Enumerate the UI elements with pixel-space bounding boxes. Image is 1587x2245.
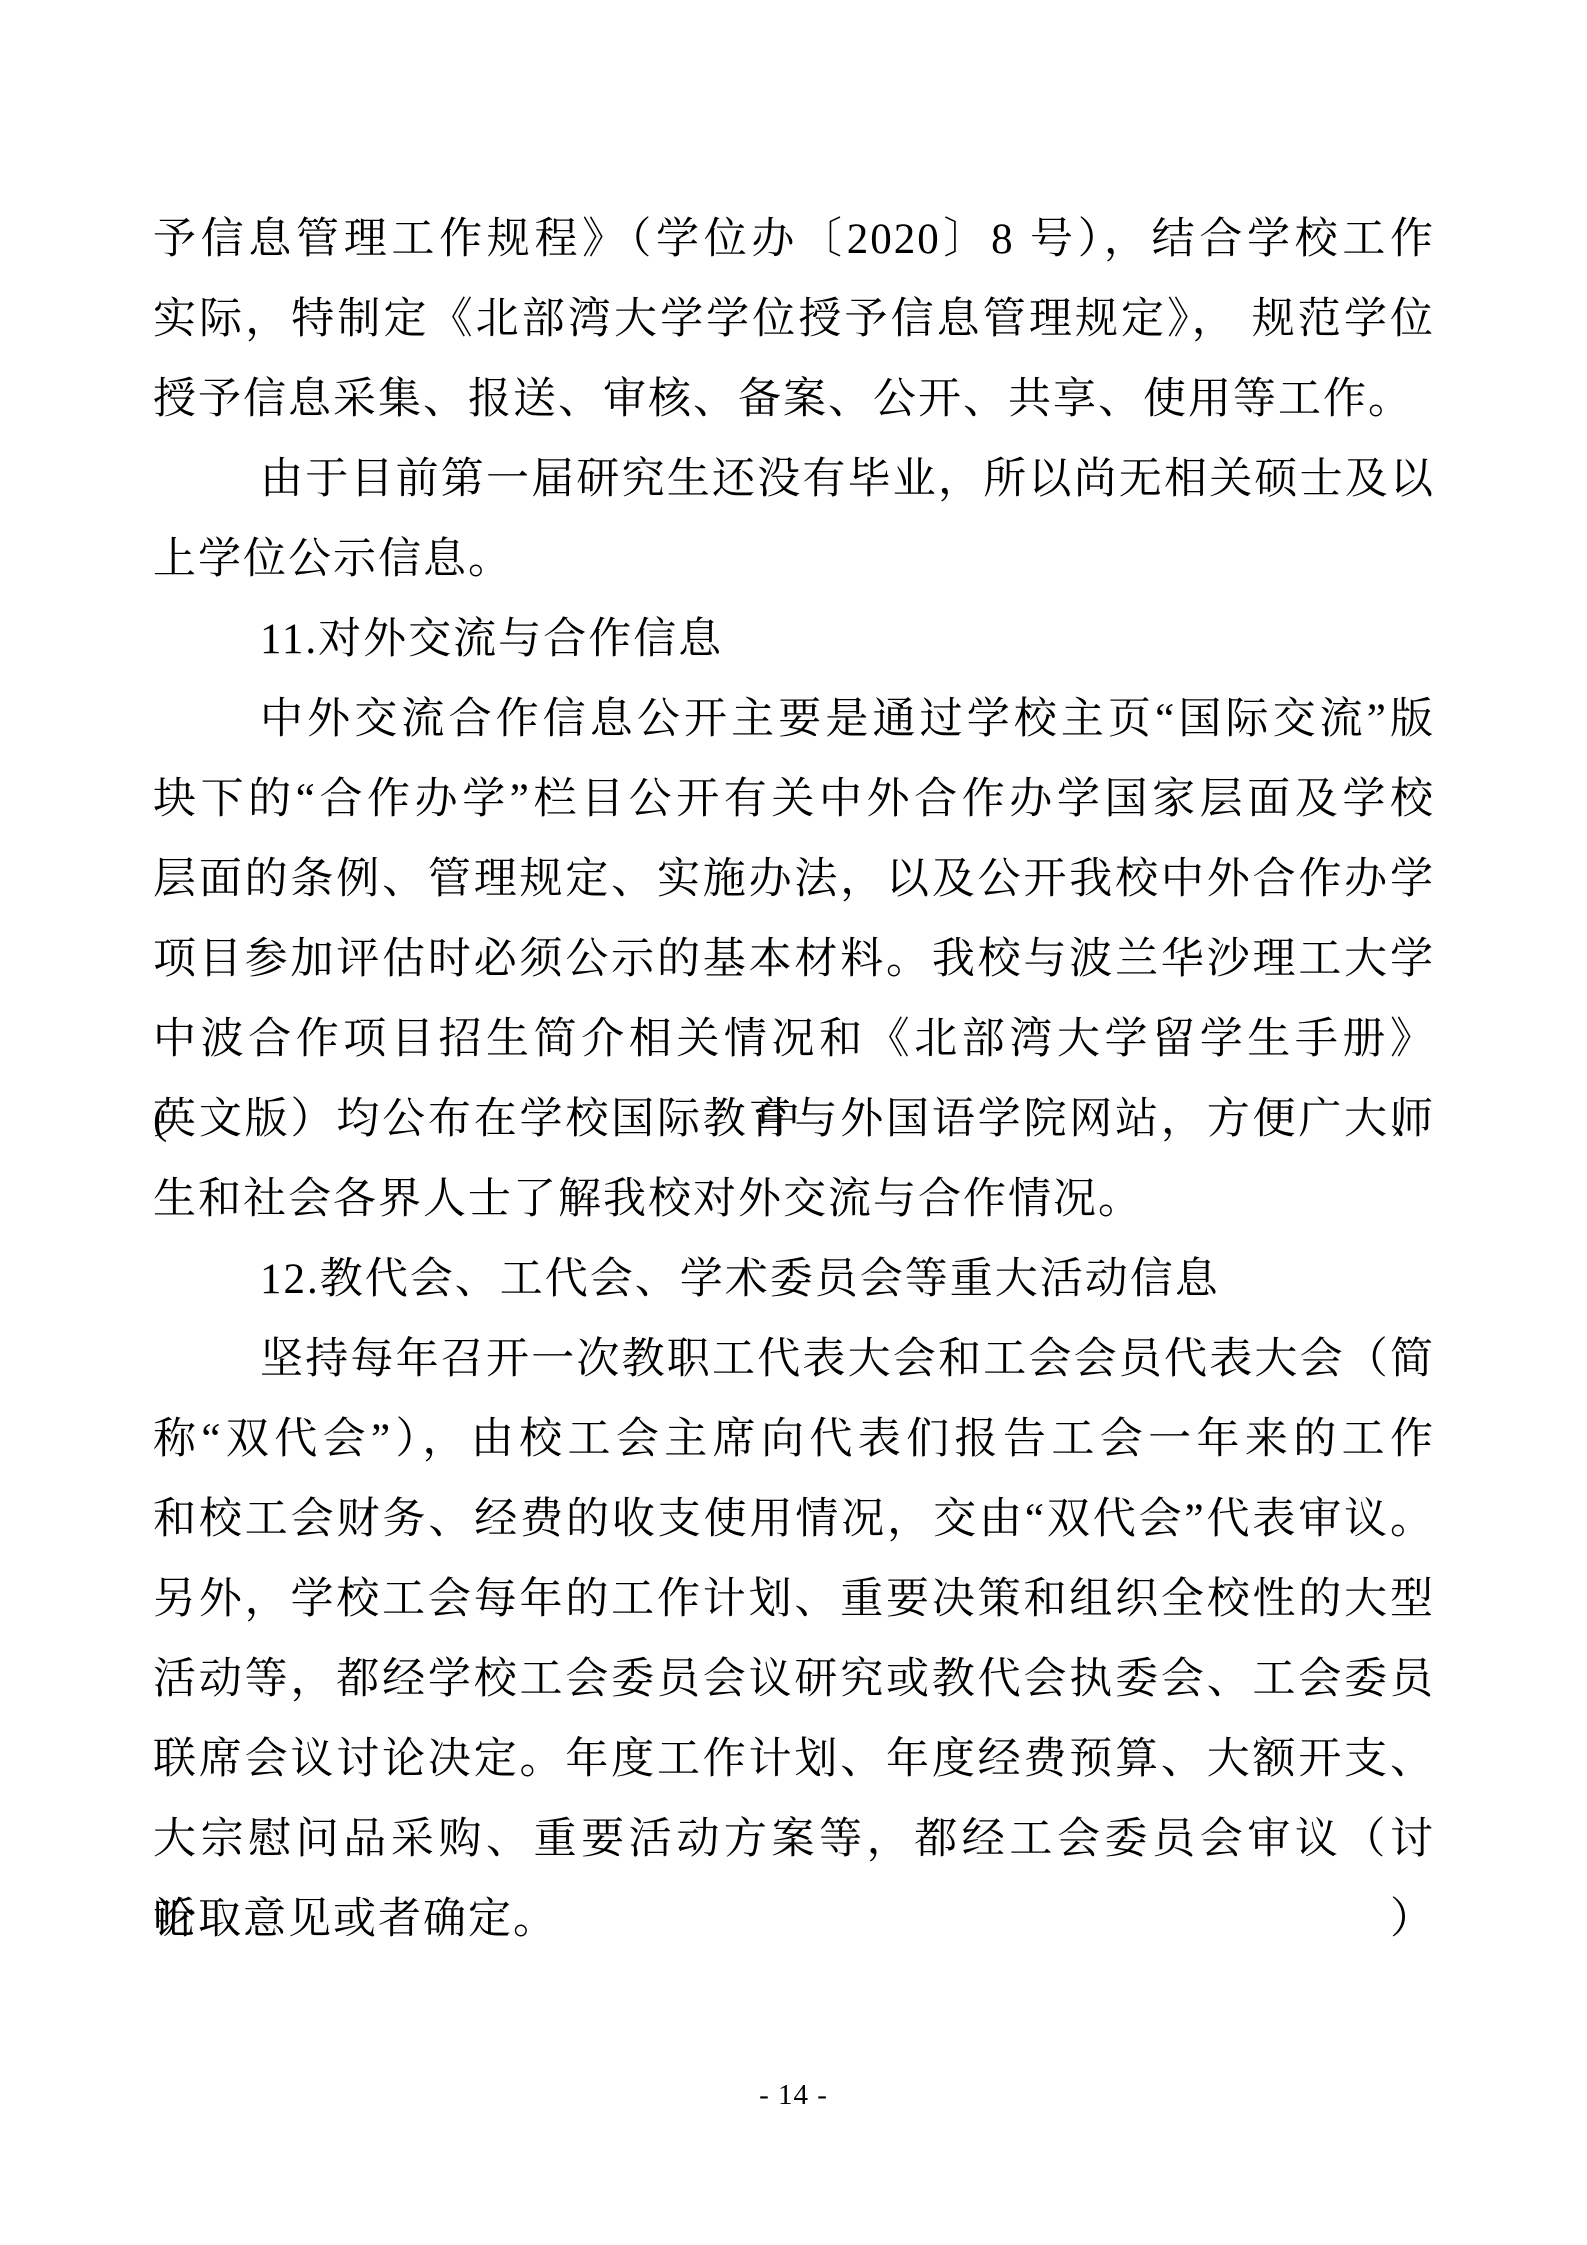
text-line: 中外交流合作信息公开主要是通过学校主页“国际交流”版 [153, 680, 1435, 760]
text-line: 和校工会财务、经费的收支使用情况，交由“双代会”代表审议。 [153, 1480, 1435, 1560]
document-text-block: 予信息管理工作规程》（学位办〔2020〕8 号），结合学校工作 实际，特制定《北… [153, 200, 1435, 1960]
text-line: 实际，特制定《北部湾大学学位授予信息管理规定》， 规范学位 [153, 280, 1435, 360]
text-line: 大宗慰问品采购、重要活动方案等，都经工会委员会审议（讨论） [153, 1800, 1435, 1880]
text-line: 块下的“合作办学”栏目公开有关中外合作办学国家层面及学校 [153, 760, 1435, 840]
text-line: 生和社会各界人士了解我校对外交流与合作情况。 [153, 1160, 1435, 1240]
text-line: 上学位公示信息。 [153, 520, 1435, 600]
text-line: 另外，学校工会每年的工作计划、重要决策和组织全校性的大型 [153, 1560, 1435, 1640]
section-heading-12: 12.教代会、工代会、学术委员会等重大活动信息 [153, 1240, 1435, 1320]
section-heading-11: 11.对外交流与合作信息 [153, 600, 1435, 680]
text-line: 由于目前第一届研究生还没有毕业，所以尚无相关硕士及以 [153, 440, 1435, 520]
text-line: 中波合作项目招生简介相关情况和《北部湾大学留学生手册》(中、 [153, 1000, 1435, 1080]
document-page: 予信息管理工作规程》（学位办〔2020〕8 号），结合学校工作 实际，特制定《北… [0, 0, 1587, 2245]
text-line: 联席会议讨论决定。年度工作计划、年度经费预算、大额开支、 [153, 1720, 1435, 1800]
text-line: 英文版）均公布在学校国际教育与外国语学院网站，方便广大师 [153, 1080, 1435, 1160]
text-line: 予信息管理工作规程》（学位办〔2020〕8 号），结合学校工作 [153, 200, 1435, 280]
page-number: - 14 - [0, 2078, 1587, 2112]
text-line: 授予信息采集、报送、审核、备案、公开、共享、使用等工作。 [153, 360, 1435, 440]
text-line: 坚持每年召开一次教职工代表大会和工会会员代表大会（简 [153, 1320, 1435, 1400]
text-line: 称“双代会”），由校工会主席向代表们报告工会一年来的工作 [153, 1400, 1435, 1480]
text-line: 活动等，都经学校工会委员会议研究或教代会执委会、工会委员 [153, 1640, 1435, 1720]
text-line: 项目参加评估时必须公示的基本材料。我校与波兰华沙理工大学 [153, 920, 1435, 1000]
text-line: 层面的条例、管理规定、实施办法，以及公开我校中外合作办学 [153, 840, 1435, 920]
